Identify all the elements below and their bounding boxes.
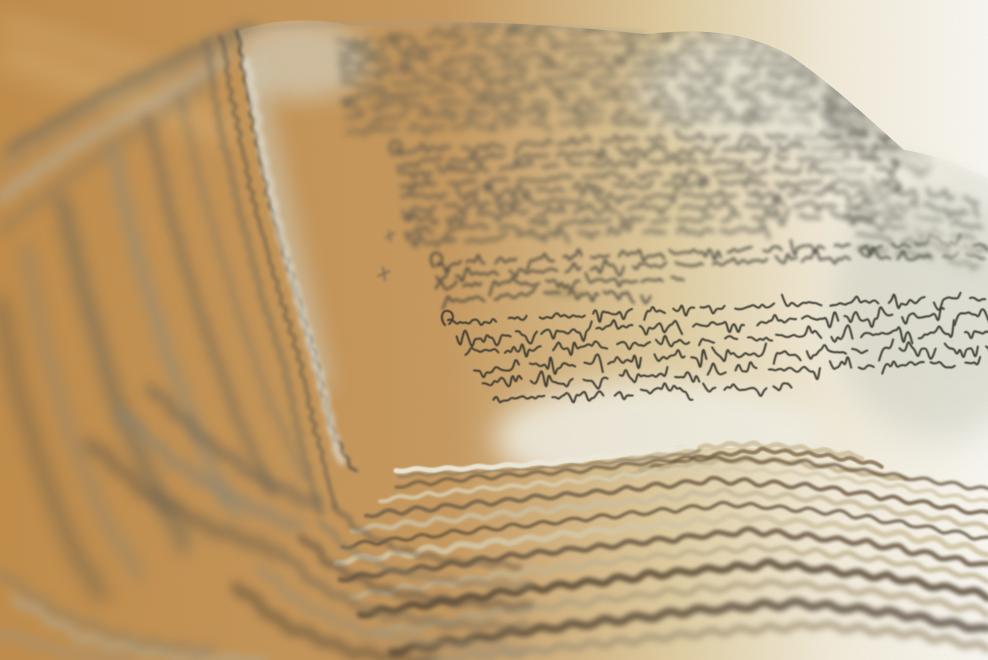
page-body: { "scene": { "title": "Medieval manuscri… (0, 0, 988, 660)
film-grain-overlay (0, 0, 988, 660)
manuscript-photo-canvas (0, 0, 988, 660)
manuscript-photo: Close-up photograph of a thick antique m… (0, 0, 988, 660)
